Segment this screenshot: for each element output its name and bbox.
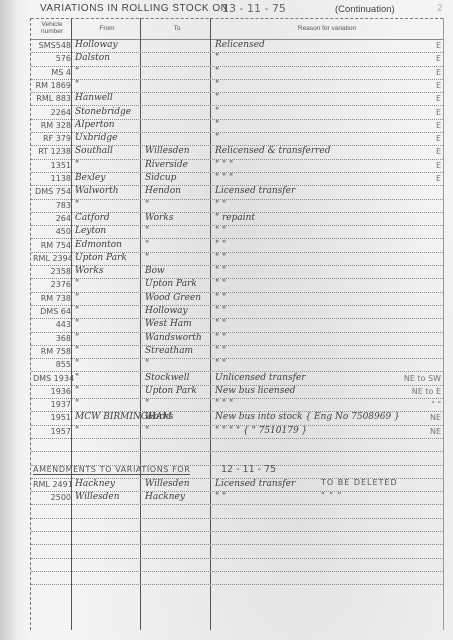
table-row: 783""" " bbox=[31, 199, 443, 213]
reason-cell: " " bbox=[215, 491, 415, 504]
table-row: RML 883Hanwell"E bbox=[31, 92, 443, 106]
vehicle-number-cell: 2358 bbox=[33, 265, 71, 278]
vehicle-number-cell: 1351 bbox=[33, 159, 71, 172]
to-cell: Bow bbox=[145, 265, 211, 278]
vehicle-number-cell: 1957 bbox=[33, 425, 71, 438]
header-reason: Reason for variation bbox=[213, 25, 441, 32]
table-row bbox=[31, 438, 443, 452]
table-row: 576Dalston"E bbox=[31, 52, 443, 66]
from-cell: " bbox=[75, 66, 141, 79]
code-cell bbox=[383, 292, 441, 305]
vehicle-number-cell: 1936 bbox=[33, 385, 71, 398]
vehicle-number-cell: SMS548 bbox=[33, 39, 71, 52]
table-row: 2358WorksBow" " bbox=[31, 265, 443, 279]
from-cell: Holloway bbox=[75, 39, 141, 52]
vehicle-number-cell: RT 1238 bbox=[33, 145, 71, 158]
code-cell bbox=[383, 332, 441, 345]
code-cell bbox=[383, 239, 441, 252]
vehicle-number-cell: 264 bbox=[33, 212, 71, 225]
from-cell: Leyton bbox=[75, 225, 141, 238]
amendment-row: 2500WillesdenHackney" "" " " bbox=[31, 491, 443, 505]
from-cell: " bbox=[75, 332, 141, 345]
to-cell: Upton Park bbox=[145, 385, 211, 398]
deletion-note: TO BE DELETED bbox=[321, 478, 398, 487]
table-row: 1957""" " " " { " 7510179 }NE bbox=[31, 425, 443, 439]
to-cell bbox=[145, 119, 211, 132]
to-cell bbox=[145, 79, 211, 92]
code-cell: E bbox=[383, 39, 441, 52]
vehicle-number-cell: 1138 bbox=[33, 172, 71, 185]
table-row: 1951MCW BIRMINGHAMWorksNew bus into stoc… bbox=[31, 411, 443, 425]
vehicle-number-cell: 2500 bbox=[33, 491, 71, 504]
code-cell bbox=[383, 358, 441, 371]
code-cell bbox=[383, 278, 441, 291]
from-cell: Dalston bbox=[75, 52, 141, 65]
table-row: 264CatfordWorks" repaint bbox=[31, 212, 443, 226]
to-cell bbox=[145, 39, 211, 52]
code-cell: E bbox=[383, 172, 441, 185]
code-cell: NE bbox=[383, 411, 441, 424]
from-cell: " bbox=[75, 385, 141, 398]
from-cell: Walworth bbox=[75, 185, 141, 198]
code-cell bbox=[383, 252, 441, 265]
vehicle-number-cell: MS 4 bbox=[33, 66, 71, 79]
from-cell: Hackney bbox=[75, 478, 141, 491]
from-cell: " bbox=[75, 79, 141, 92]
vehicle-number-cell bbox=[33, 451, 71, 464]
vehicle-number-cell: DMS 754 bbox=[33, 185, 71, 198]
code-cell bbox=[383, 318, 441, 331]
from-cell: " bbox=[75, 292, 141, 305]
to-cell: " bbox=[145, 252, 211, 265]
to-cell: Sidcup bbox=[145, 172, 211, 185]
vehicle-number-cell bbox=[33, 438, 71, 451]
vehicle-number-cell: 443 bbox=[33, 318, 71, 331]
table-row: 2376"Upton Park" " bbox=[31, 278, 443, 292]
vehicle-number-cell: 2264 bbox=[33, 106, 71, 119]
table-row: MS 4""E bbox=[31, 66, 443, 80]
to-cell: " bbox=[145, 358, 211, 371]
vehicle-number-cell: 576 bbox=[33, 52, 71, 65]
to-cell: Hendon bbox=[145, 185, 211, 198]
header-vehicle-number: Vehicle number bbox=[34, 21, 70, 35]
to-cell bbox=[145, 66, 211, 79]
from-cell bbox=[75, 438, 141, 451]
from-cell: Bexley bbox=[75, 172, 141, 185]
table-row: DMS 64"Holloway" " bbox=[31, 305, 443, 319]
from-cell: Edmonton bbox=[75, 239, 141, 252]
to-cell: " bbox=[145, 225, 211, 238]
from-cell: " bbox=[75, 345, 141, 358]
code-cell bbox=[383, 438, 441, 451]
page-number: 2 bbox=[437, 3, 443, 14]
blank-row bbox=[31, 518, 443, 532]
document-date: 13 - 11 - 75 bbox=[222, 2, 286, 15]
from-cell: " bbox=[75, 398, 141, 411]
to-cell bbox=[145, 132, 211, 145]
blank-row bbox=[31, 544, 443, 558]
to-cell: Wandsworth bbox=[145, 332, 211, 345]
to-cell: " bbox=[145, 425, 211, 438]
continuation-label: (Continuation) bbox=[335, 4, 395, 15]
vehicle-number-cell: RF 379 bbox=[33, 132, 71, 145]
from-cell: Hanwell bbox=[75, 92, 141, 105]
vehicle-number-cell: RML 2394 bbox=[33, 252, 71, 265]
table-row: 443"West Ham" " bbox=[31, 318, 443, 332]
vehicle-number-cell: 1951 bbox=[33, 411, 71, 424]
vehicle-number-cell: 368 bbox=[33, 332, 71, 345]
code-cell: E bbox=[383, 159, 441, 172]
table-row: RM 758"Streatham" " bbox=[31, 345, 443, 359]
code-cell: NE to E bbox=[383, 385, 441, 398]
to-cell: " bbox=[145, 239, 211, 252]
header-from: From bbox=[73, 25, 141, 32]
to-cell: Upton Park bbox=[145, 278, 211, 291]
table-row: 450Leyton"" " bbox=[31, 225, 443, 239]
code-cell: E bbox=[383, 52, 441, 65]
table-row: DMS 754WalworthHendonLicensed transfer bbox=[31, 185, 443, 199]
blank-row bbox=[31, 505, 443, 519]
table-row: 855""" " bbox=[31, 358, 443, 372]
from-cell: " bbox=[75, 318, 141, 331]
to-cell: Willesden bbox=[145, 478, 211, 491]
table-row: 1138BexleySidcup" " "E bbox=[31, 172, 443, 186]
from-cell: " bbox=[75, 425, 141, 438]
vehicle-number-cell: RM 758 bbox=[33, 345, 71, 358]
code-cell bbox=[383, 265, 441, 278]
amendments-heading-row: AMENDMENTS TO VARIATIONS FOR12 - 11 - 75 bbox=[31, 465, 443, 479]
from-cell: Upton Park bbox=[75, 252, 141, 265]
table-row: 1351"Riverside" " "E bbox=[31, 159, 443, 173]
table-row: RF 379Uxbridge"E bbox=[31, 132, 443, 146]
from-cell: " bbox=[75, 159, 141, 172]
vehicle-number-cell: 783 bbox=[33, 199, 71, 212]
vehicle-number-cell: RM 754 bbox=[33, 239, 71, 252]
table-row: DMS 1934"StockwellUnlicensed transferNE … bbox=[31, 372, 443, 386]
table-row: RML 2394Upton Park"" " bbox=[31, 252, 443, 266]
code-cell bbox=[383, 225, 441, 238]
from-cell: " bbox=[75, 278, 141, 291]
table-row: 1936"Upton ParkNew bus licensedNE to E bbox=[31, 385, 443, 399]
vehicle-number-cell: RM 328 bbox=[33, 119, 71, 132]
vehicle-number-cell: RM 738 bbox=[33, 292, 71, 305]
to-cell: Streatham bbox=[145, 345, 211, 358]
from-cell: Uxbridge bbox=[75, 132, 141, 145]
to-cell: West Ham bbox=[145, 318, 211, 331]
code-cell bbox=[383, 451, 441, 464]
to-cell: Works bbox=[145, 212, 211, 225]
from-cell: " bbox=[75, 305, 141, 318]
from-cell: MCW BIRMINGHAM bbox=[75, 411, 141, 424]
from-cell: " bbox=[75, 199, 141, 212]
header-to: To bbox=[143, 25, 211, 32]
to-cell: Riverside bbox=[145, 159, 211, 172]
code-cell: NE bbox=[383, 425, 441, 438]
code-cell: E bbox=[383, 92, 441, 105]
to-cell: Hackney bbox=[145, 491, 211, 504]
to-cell: Wood Green bbox=[145, 292, 211, 305]
code-cell bbox=[383, 345, 441, 358]
to-cell bbox=[145, 451, 211, 464]
table-row: RM 1869""E bbox=[31, 79, 443, 93]
from-cell: " bbox=[75, 372, 141, 385]
to-cell bbox=[145, 52, 211, 65]
amendments-date: 12 - 11 - 75 bbox=[221, 464, 276, 475]
table-header: Vehicle number From To Reason for variat… bbox=[31, 18, 443, 40]
blank-row bbox=[31, 558, 443, 572]
vehicle-number-cell: RML 883 bbox=[33, 92, 71, 105]
vehicle-number-cell: DMS 64 bbox=[33, 305, 71, 318]
table-row: RT 1238SouthallWillesdenRelicensed & tra… bbox=[31, 145, 443, 159]
table-row: SMS548HollowayRelicensedE bbox=[31, 39, 443, 53]
to-cell bbox=[145, 438, 211, 451]
blank-row bbox=[31, 571, 443, 585]
from-cell: " bbox=[75, 358, 141, 371]
to-cell bbox=[145, 92, 211, 105]
code-cell: E bbox=[383, 132, 441, 145]
table-row: 2264Stonebridge"E bbox=[31, 106, 443, 120]
from-cell: Works bbox=[75, 265, 141, 278]
vehicle-number-cell: DMS 1934 bbox=[33, 372, 71, 385]
variations-table: Vehicle number From To Reason for variat… bbox=[30, 18, 444, 630]
table-row: 1937""" " "" " bbox=[31, 398, 443, 412]
code-cell: NE to SW bbox=[383, 372, 441, 385]
code-cell bbox=[383, 305, 441, 318]
to-cell: " bbox=[145, 398, 211, 411]
from-cell bbox=[75, 451, 141, 464]
code-cell: " " bbox=[383, 398, 441, 411]
amendment-row: RML 2491HackneyWillesdenLicensed transfe… bbox=[31, 478, 443, 492]
vehicle-number-cell: 855 bbox=[33, 358, 71, 371]
table-row: RM 754Edmonton"" " bbox=[31, 239, 443, 253]
from-cell: Southall bbox=[75, 145, 141, 158]
to-cell: Stockwell bbox=[145, 372, 211, 385]
document-page: VARIATIONS IN ROLLING STOCK ON 13 - 11 -… bbox=[0, 0, 453, 640]
from-cell: Catford bbox=[75, 212, 141, 225]
from-cell: Alperton bbox=[75, 119, 141, 132]
table-row: RM 328Alperton"E bbox=[31, 119, 443, 133]
code-cell bbox=[383, 212, 441, 225]
blank-row bbox=[31, 531, 443, 545]
amendments-title: AMENDMENTS TO VARIATIONS FOR bbox=[33, 465, 190, 475]
code-cell: E bbox=[383, 66, 441, 79]
code-cell: E bbox=[383, 145, 441, 158]
to-cell: Willesden bbox=[145, 145, 211, 158]
deletion-note: " " " bbox=[321, 491, 342, 500]
code-cell bbox=[383, 199, 441, 212]
vehicle-number-cell: RML 2491 bbox=[33, 478, 71, 491]
code-cell: E bbox=[383, 106, 441, 119]
vehicle-number-cell: RM 1869 bbox=[33, 79, 71, 92]
from-cell: Willesden bbox=[75, 491, 141, 504]
document-title: VARIATIONS IN ROLLING STOCK ON bbox=[40, 3, 228, 14]
to-cell: " bbox=[145, 199, 211, 212]
vehicle-number-cell: 2376 bbox=[33, 278, 71, 291]
code-cell bbox=[383, 185, 441, 198]
table-row: 368"Wandsworth" " bbox=[31, 332, 443, 346]
table-row: RM 738"Wood Green" " bbox=[31, 292, 443, 306]
to-cell: Holloway bbox=[145, 305, 211, 318]
code-cell: E bbox=[383, 119, 441, 132]
vehicle-number-cell: 1937 bbox=[33, 398, 71, 411]
from-cell: Stonebridge bbox=[75, 106, 141, 119]
to-cell: Works bbox=[145, 411, 211, 424]
vehicle-number-cell: 450 bbox=[33, 225, 71, 238]
to-cell bbox=[145, 106, 211, 119]
code-cell: E bbox=[383, 79, 441, 92]
